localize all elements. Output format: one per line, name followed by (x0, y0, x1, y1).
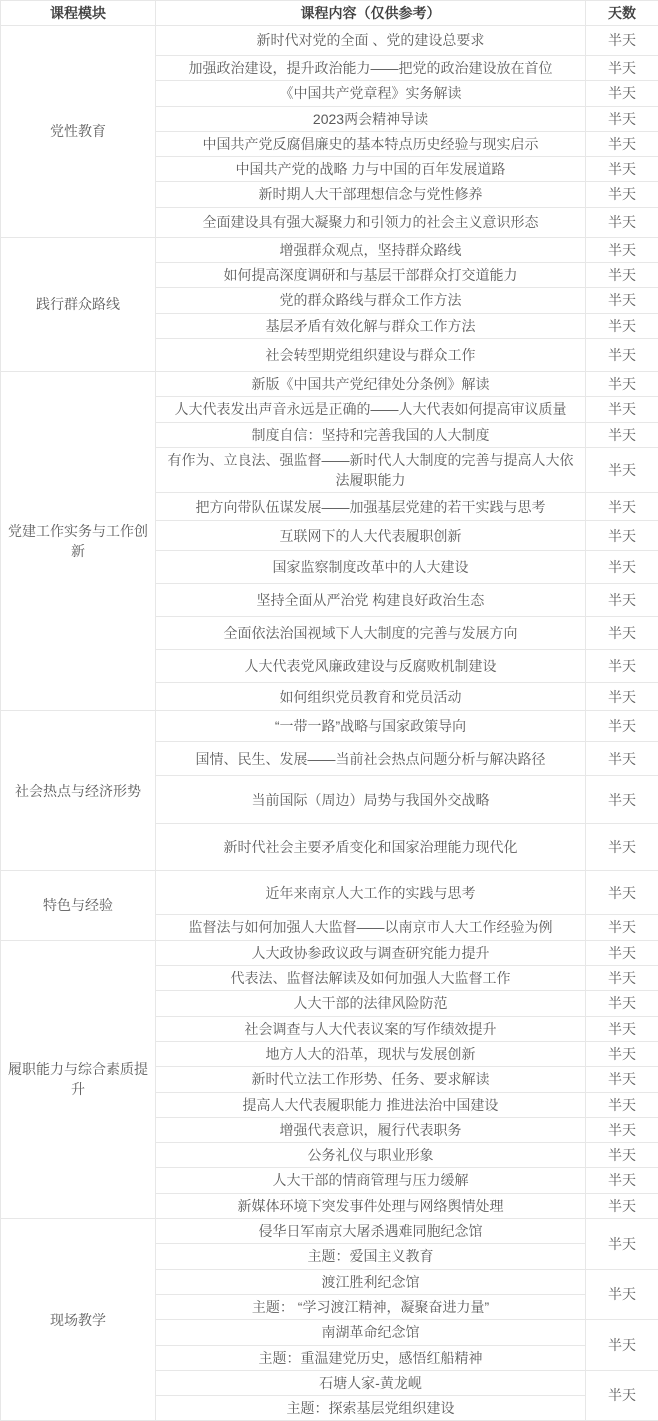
days-cell: 半天 (586, 1168, 658, 1193)
days-cell: 半天 (586, 106, 658, 131)
course-content-cell: 渡江胜利纪念馆 (156, 1269, 586, 1294)
course-content-cell: 如何组织党员教育和党员活动 (156, 683, 586, 711)
days-cell: 半天 (586, 966, 658, 991)
days-cell: 半天 (586, 617, 658, 650)
table-row: 践行群众路线增强群众观点，坚持群众路线半天 (1, 237, 658, 262)
course-content-cell: 主题：爱国主义教育 (156, 1244, 586, 1269)
course-content-cell: 国家监察制度改革中的人大建设 (156, 551, 586, 584)
course-table-body: 党性教育新时代对党的全面 、党的建设总要求半天加强政治建设，提升政治能力——把党… (1, 26, 658, 1421)
days-cell: 半天 (586, 871, 658, 915)
col-header-days: 天数 (586, 1, 658, 26)
days-cell: 半天 (586, 1370, 658, 1421)
table-row: 社会热点与经济形势“一带一路”战略与国家政策导向半天 (1, 711, 658, 742)
days-cell: 半天 (586, 742, 658, 776)
col-header-content: 课程内容（仅供参考） (156, 1, 586, 26)
course-content-cell: 把方向带队伍谋发展——加强基层党建的若干实践与思考 (156, 493, 586, 521)
course-content-cell: 新时代对党的全面 、党的建设总要求 (156, 26, 586, 56)
module-cell: 特色与经验 (1, 871, 156, 940)
table-row: 履职能力与综合素质提升人大政协参政议政与调查研究能力提升半天 (1, 940, 658, 965)
table-row: 现场教学侵华日军南京大屠杀遇难同胞纪念馆半天 (1, 1219, 658, 1244)
days-cell: 半天 (586, 1193, 658, 1218)
days-cell: 半天 (586, 551, 658, 584)
course-content-cell: 增强代表意识，履行代表职务 (156, 1117, 586, 1142)
course-content-cell: 新时代社会主要矛盾变化和国家治理能力现代化 (156, 824, 586, 871)
module-cell: 现场教学 (1, 1219, 156, 1421)
days-cell: 半天 (586, 1041, 658, 1066)
course-content-cell: 《中国共产党章程》实务解读 (156, 81, 586, 106)
course-content-cell: 坚持全面从严治党 构建良好政治生态 (156, 584, 586, 617)
course-content-cell: 主题：重温建党历史，感悟红船精神 (156, 1345, 586, 1370)
days-cell: 半天 (586, 493, 658, 521)
course-content-cell: 人大政协参政议政与调查研究能力提升 (156, 940, 586, 965)
days-cell: 半天 (586, 81, 658, 106)
days-cell: 半天 (586, 1143, 658, 1168)
days-cell: 半天 (586, 1269, 658, 1320)
days-cell: 半天 (586, 422, 658, 447)
days-cell: 半天 (586, 940, 658, 965)
course-content-cell: 2023两会精神导读 (156, 106, 586, 131)
table-row: 党性教育新时代对党的全面 、党的建设总要求半天 (1, 26, 658, 56)
days-cell: 半天 (586, 1117, 658, 1142)
course-content-cell: 增强群众观点，坚持群众路线 (156, 237, 586, 262)
days-cell: 半天 (586, 915, 658, 940)
days-cell: 半天 (586, 131, 658, 156)
module-cell: 社会热点与经济形势 (1, 711, 156, 871)
course-content-cell: 侵华日军南京大屠杀遇难同胞纪念馆 (156, 1219, 586, 1244)
days-cell: 半天 (586, 683, 658, 711)
course-content-cell: 全面建设具有强大凝聚力和引领力的社会主义意识形态 (156, 207, 586, 237)
course-content-cell: 中国共产党的战略 力与中国的百年发展道路 (156, 157, 586, 182)
course-content-cell: 南湖革命纪念馆 (156, 1320, 586, 1345)
days-cell: 半天 (586, 313, 658, 338)
course-content-cell: 如何提高深度调研和与基层干部群众打交道能力 (156, 263, 586, 288)
module-cell: 践行群众路线 (1, 237, 156, 371)
course-content-cell: 提高人大代表履职能力 推进法治中国建设 (156, 1092, 586, 1117)
days-cell: 半天 (586, 26, 658, 56)
col-header-module: 课程模块 (1, 1, 156, 26)
course-content-cell: “一带一路”战略与国家政策导向 (156, 711, 586, 742)
course-content-cell: 制度自信：坚持和完善我国的人大制度 (156, 422, 586, 447)
course-content-cell: 中国共产党反腐倡廉史的基本特点历史经验与现实启示 (156, 131, 586, 156)
course-content-cell: 人大干部的法律风险防范 (156, 991, 586, 1016)
days-cell: 半天 (586, 1219, 658, 1270)
course-schedule-table: 课程模块 课程内容（仅供参考） 天数 党性教育新时代对党的全面 、党的建设总要求… (0, 0, 658, 1421)
days-cell: 半天 (586, 521, 658, 551)
course-content-cell: 全面依法治国视域下人大制度的完善与发展方向 (156, 617, 586, 650)
table-header: 课程模块 课程内容（仅供参考） 天数 (1, 1, 658, 26)
days-cell: 半天 (586, 182, 658, 207)
module-cell: 党性教育 (1, 26, 156, 238)
course-content-cell: 当前国际（周边）局势与我国外交战略 (156, 776, 586, 824)
days-cell: 半天 (586, 397, 658, 422)
days-cell: 半天 (586, 584, 658, 617)
course-content-cell: 主题： “学习渡江精神，凝聚奋进力量” (156, 1294, 586, 1319)
days-cell: 半天 (586, 338, 658, 371)
course-content-cell: 有作为、立良法、强监督——新时代人大制度的完善与提高人大依法履职能力 (156, 447, 586, 493)
days-cell: 半天 (586, 56, 658, 81)
course-content-cell: 新时期人大干部理想信念与党性修养 (156, 182, 586, 207)
course-content-cell: 人大干部的情商管理与压力缓解 (156, 1168, 586, 1193)
header-row: 课程模块 课程内容（仅供参考） 天数 (1, 1, 658, 26)
course-content-cell: 人大代表发出声音永远是正确的——人大代表如何提高审议质量 (156, 397, 586, 422)
course-content-cell: 近年来南京人大工作的实践与思考 (156, 871, 586, 915)
days-cell: 半天 (586, 650, 658, 683)
course-content-cell: 新媒体环境下突发事件处理与网络舆情处理 (156, 1193, 586, 1218)
course-content-cell: 党的群众路线与群众工作方法 (156, 288, 586, 313)
days-cell: 半天 (586, 207, 658, 237)
days-cell: 半天 (586, 711, 658, 742)
days-cell: 半天 (586, 1320, 658, 1371)
module-cell: 党建工作实务与工作创新 (1, 371, 156, 710)
days-cell: 半天 (586, 263, 658, 288)
course-content-cell: 社会转型期党组织建设与群众工作 (156, 338, 586, 371)
days-cell: 半天 (586, 776, 658, 824)
course-content-cell: 新时代立法工作形势、任务、要求解读 (156, 1067, 586, 1092)
course-content-cell: 地方人大的沿革，现状与发展创新 (156, 1041, 586, 1066)
course-content-cell: 代表法、监督法解读及如何加强人大监督工作 (156, 966, 586, 991)
course-content-cell: 新版《中国共产党纪律处分条例》解读 (156, 371, 586, 396)
course-content-cell: 加强政治建设，提升政治能力——把党的政治建设放在首位 (156, 56, 586, 81)
course-content-cell: 石塘人家-黄龙岘 (156, 1370, 586, 1395)
days-cell: 半天 (586, 447, 658, 493)
course-content-cell: 人大代表党风廉政建设与反腐败机制建设 (156, 650, 586, 683)
days-cell: 半天 (586, 237, 658, 262)
course-content-cell: 基层矛盾有效化解与群众工作方法 (156, 313, 586, 338)
days-cell: 半天 (586, 288, 658, 313)
module-cell: 履职能力与综合素质提升 (1, 940, 156, 1218)
table-row: 党建工作实务与工作创新新版《中国共产党纪律处分条例》解读半天 (1, 371, 658, 396)
table-row: 特色与经验近年来南京人大工作的实践与思考半天 (1, 871, 658, 915)
course-content-cell: 主题：探索基层党组织建设 (156, 1396, 586, 1421)
days-cell: 半天 (586, 824, 658, 871)
days-cell: 半天 (586, 157, 658, 182)
course-content-cell: 互联网下的人大代表履职创新 (156, 521, 586, 551)
days-cell: 半天 (586, 1092, 658, 1117)
course-content-cell: 公务礼仪与职业形象 (156, 1143, 586, 1168)
course-content-cell: 社会调查与人大代表议案的写作绩效提升 (156, 1016, 586, 1041)
days-cell: 半天 (586, 371, 658, 396)
days-cell: 半天 (586, 1067, 658, 1092)
course-content-cell: 国情、民生、发展——当前社会热点问题分析与解决路径 (156, 742, 586, 776)
course-content-cell: 监督法与如何加强人大监督——以南京市人大工作经验为例 (156, 915, 586, 940)
days-cell: 半天 (586, 1016, 658, 1041)
days-cell: 半天 (586, 991, 658, 1016)
